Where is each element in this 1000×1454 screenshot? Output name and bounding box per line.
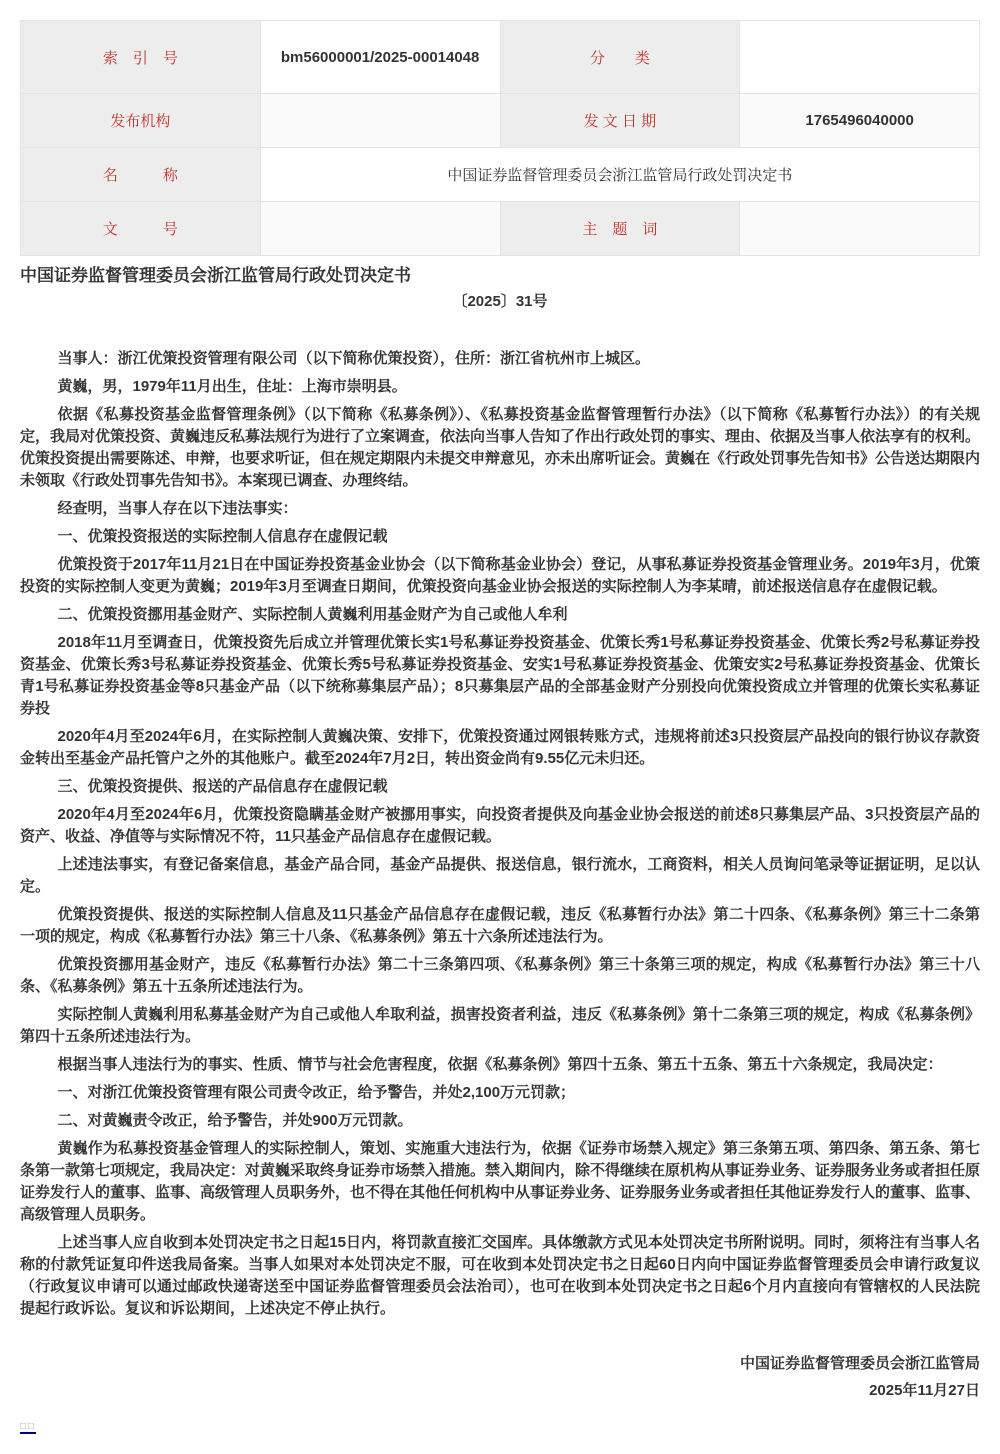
info-table-row: 索 引 号bm56000001/2025-00014048分 类 bbox=[21, 21, 980, 94]
paragraph: 根据当事人违法行为的事实、性质、情节与社会危害程度，依据《私募条例》第四十五条、… bbox=[20, 1054, 980, 1076]
paragraph: 2020年4月至2024年6月，优策投资隐瞒基金财产被挪用事实，向投资者提供及向… bbox=[20, 804, 980, 848]
paragraph: 上述当事人应自收到本处罚决定书之日起15日内，将罚款直接汇交国库。具体缴款方式见… bbox=[20, 1232, 980, 1320]
info-label-cell: 发 文 日 期 bbox=[500, 94, 740, 148]
footer-link[interactable]: □□ bbox=[20, 1422, 36, 1434]
info-value-cell: 中国证券监督管理委员会浙江监管局行政处罚决定书 bbox=[260, 148, 979, 202]
paragraph: 优策投资于2017年11月21日在中国证券投资基金业协会（以下简称基金业协会）登… bbox=[20, 554, 980, 598]
paragraph: 经查明，当事人存在以下违法事实： bbox=[20, 498, 980, 520]
paragraph: 2020年4月至2024年6月，在实际控制人黄巍决策、安排下，优策投资通过网银转… bbox=[20, 726, 980, 770]
paragraph: 当事人：浙江优策投资管理有限公司（以下简称优策投资），住所：浙江省杭州市上城区。 bbox=[20, 348, 980, 370]
info-value-cell: bm56000001/2025-00014048 bbox=[260, 21, 500, 94]
info-table-row: 名 称中国证券监督管理委员会浙江监管局行政处罚决定书 bbox=[21, 148, 980, 202]
info-value-cell bbox=[740, 202, 980, 256]
section-heading: 一、优策投资报送的实际控制人信息存在虚假记载 bbox=[20, 526, 980, 548]
info-table-row: 文 号主 题 词 bbox=[21, 202, 980, 256]
info-table-body: 索 引 号bm56000001/2025-00014048分 类发布机构发 文 … bbox=[21, 21, 980, 256]
paragraph: 2018年11月至调查日，优策投资先后成立并管理优策长实1号私募证券投资基金、优… bbox=[20, 632, 980, 720]
document-title: 中国证券监督管理委员会浙江监管局行政处罚决定书 bbox=[20, 264, 980, 288]
paragraph: 优策投资挪用基金财产，违反《私募暂行办法》第二十三条第四项、《私募条例》第三十条… bbox=[20, 954, 980, 998]
info-label-cell: 索 引 号 bbox=[21, 21, 261, 94]
info-label-cell: 文 号 bbox=[21, 202, 261, 256]
info-table-row: 发布机构发 文 日 期1765496040000 bbox=[21, 94, 980, 148]
document-number: 〔2025〕31号 bbox=[20, 292, 980, 312]
section-heading: 三、优策投资提供、报送的产品信息存在虚假记载 bbox=[20, 776, 980, 798]
paragraph: 优策投资提供、报送的实际控制人信息及11只基金产品信息存在虚假记载，违反《私募暂… bbox=[20, 904, 980, 948]
signature-org: 中国证券监督管理委员会浙江监管局 bbox=[20, 1350, 980, 1377]
paragraph: 一、对浙江优策投资管理有限公司责令改正，给予警告，并处2,100万元罚款； bbox=[20, 1082, 980, 1104]
info-label-cell: 分 类 bbox=[500, 21, 740, 94]
info-value-cell bbox=[260, 202, 500, 256]
info-value-cell bbox=[740, 21, 980, 94]
page: 索 引 号bm56000001/2025-00014048分 类发布机构发 文 … bbox=[0, 0, 1000, 1454]
info-value-cell bbox=[260, 94, 500, 148]
signature-date: 2025年11月27日 bbox=[20, 1377, 980, 1404]
info-value-cell: 1765496040000 bbox=[740, 94, 980, 148]
paragraph: 二、对黄巍责令改正，给予警告，并处900万元罚款。 bbox=[20, 1110, 980, 1132]
paragraph: 依据《私募投资基金监督管理条例》（以下简称《私募条例》）、《私募投资基金监督管理… bbox=[20, 404, 980, 492]
info-label-cell: 发布机构 bbox=[21, 94, 261, 148]
document: 中国证券监督管理委员会浙江监管局行政处罚决定书 〔2025〕31号 当事人：浙江… bbox=[20, 264, 980, 1434]
paragraph: 实际控制人黄巍利用私募基金财产为自己或他人牟取利益，损害投资者利益，违反《私募条… bbox=[20, 1004, 980, 1048]
info-table: 索 引 号bm56000001/2025-00014048分 类发布机构发 文 … bbox=[20, 20, 980, 256]
paragraph: 上述违法事实，有登记备案信息，基金产品合同，基金产品提供、报送信息，银行流水，工… bbox=[20, 854, 980, 898]
info-label-cell: 名 称 bbox=[21, 148, 261, 202]
paragraph: 黄巍，男，1979年11月出生，住址：上海市崇明县。 bbox=[20, 376, 980, 398]
signature-block: 中国证券监督管理委员会浙江监管局 2025年11月27日 bbox=[20, 1350, 980, 1404]
paragraph: 黄巍作为私募投资基金管理人的实际控制人，策划、实施重大违法行为，依据《证券市场禁… bbox=[20, 1138, 980, 1226]
section-heading: 二、优策投资挪用基金财产、实际控制人黄巍利用基金财产为自己或他人牟利 bbox=[20, 604, 980, 626]
document-paragraphs: 当事人：浙江优策投资管理有限公司（以下简称优策投资），住所：浙江省杭州市上城区。… bbox=[20, 312, 980, 1320]
info-label-cell: 主 题 词 bbox=[500, 202, 740, 256]
